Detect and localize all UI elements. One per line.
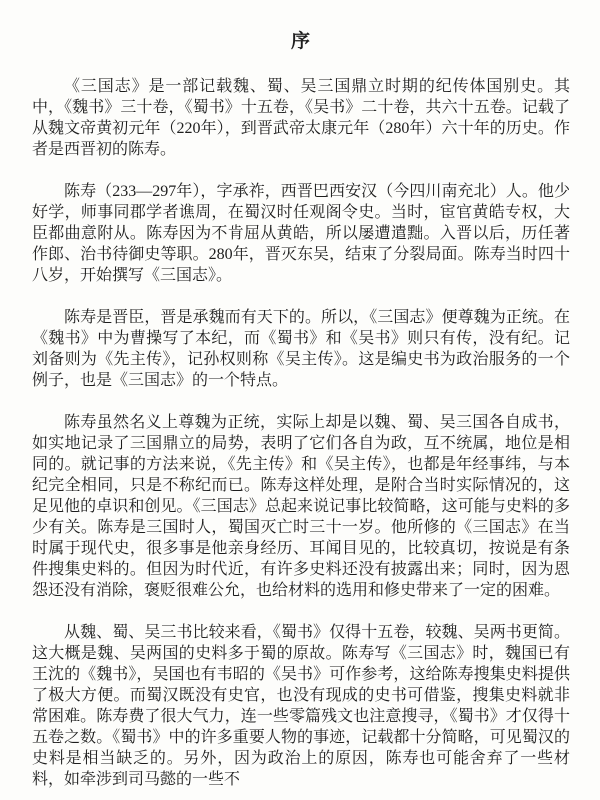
- page-title: 序: [32, 30, 570, 54]
- paragraph-intro: 《三国志》是一部记载魏、蜀、吴三国鼎立时期的纪传体国别史。其中，《魏书》三十卷，…: [32, 76, 570, 160]
- paragraph-three-kingdoms-records: 陈寿虽然名义上尊魏为正统，实际上却是以魏、蜀、吴三国各自成书，如实地记录了三国鼎…: [32, 412, 570, 601]
- paragraph-chenshou-biography: 陈寿（233—297年），字承祚，西晋巴西安汉（今四川南充北）人。他少好学，师事…: [32, 181, 570, 286]
- document-page: 序 《三国志》是一部记载魏、蜀、吴三国鼎立时期的纪传体国别史。其中，《魏书》三十…: [0, 0, 600, 800]
- paragraph-wei-orthodoxy: 陈寿是晋臣，晋是承魏而有天下的。所以，《三国志》便尊魏为正统。在《魏书》中为曹操…: [32, 307, 570, 391]
- paragraph-shu-book-comparison: 从魏、蜀、吴三书比较来看，《蜀书》仅得十五卷，较魏、吴两书更简。这大概是魏、吴两…: [32, 622, 570, 790]
